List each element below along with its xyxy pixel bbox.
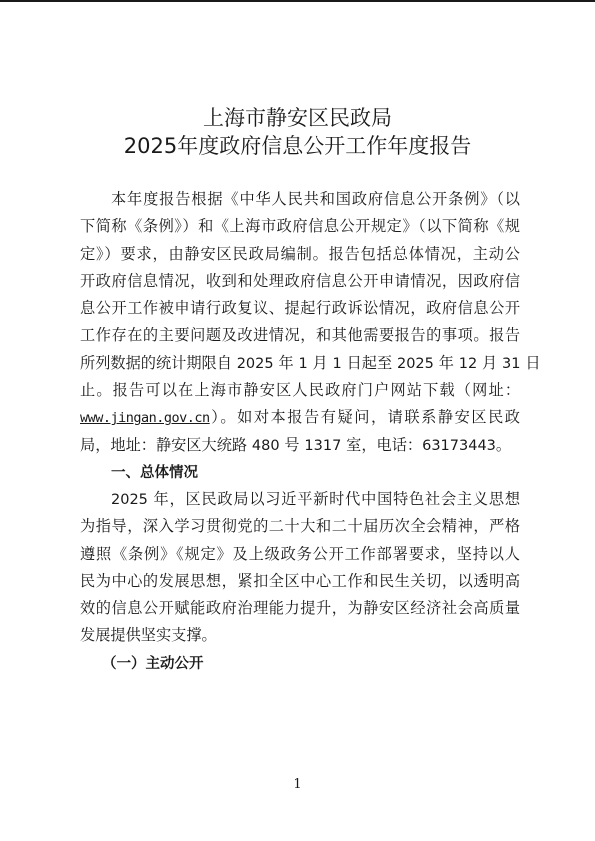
end-year: 2025 [397, 356, 434, 372]
top-border-line [0, 0, 595, 2]
year-label: 年 [439, 354, 454, 372]
end-day: 31 [502, 356, 520, 372]
end-month: 12 [459, 356, 477, 372]
report-title: 2025年度政府信息公开工作年度报告 [0, 132, 595, 160]
intro-line: 息公开工作被申请行政复议、提起行政诉讼情况，政府信息公开 [80, 295, 520, 322]
intro-line: 工作存在的主要问题及改进情况，和其他需要报告的事项。报告 [80, 322, 520, 349]
download-line: 止。报告可以在上海市静安区人民政府门户网站下载（网址： [80, 377, 520, 404]
start-year: 2025 [237, 356, 274, 372]
page-number: 1 [0, 777, 595, 792]
overview-line: 遵照《条例》《规定》及上级政务公开工作部署要求，坚持以人 [80, 541, 520, 568]
section-heading-text: 一、总体情况 [80, 460, 198, 487]
start-day: 1 [333, 356, 342, 372]
room-number: 1317 [304, 438, 341, 454]
period-prefix: 所列数据的统计期限自 [80, 354, 232, 372]
contact-line: 局，地址：静安区大统路 480 号 1317 室，电话：63173443。 [80, 432, 520, 459]
intro-line: 本年度报告根据《中华人民共和国政府信息公开条例》（以 [80, 186, 520, 213]
overview-line-text: 年，区民政局以习近平新时代中国特色社会主义思想 [154, 490, 521, 508]
subsection-heading-text: （一）主动公开 [80, 651, 204, 678]
start-month: 1 [298, 356, 307, 372]
intro-line: 开政府信息情况，收到和处理政府信息公开申请情况，因政府信 [80, 268, 520, 295]
phone-number: 63173443 [422, 438, 496, 454]
period-mark: 。 [496, 436, 511, 454]
intro-paragraph: 本年度报告根据《中华人民共和国政府信息公开条例》（以 下简称《条例》）和《上海市… [80, 186, 520, 459]
address-prefix: 局，地址：静安区大统路 [80, 436, 247, 454]
street-number: 480 [252, 438, 280, 454]
overview-year: 2025 [111, 492, 148, 508]
overview-line: 2025 年，区民政局以习近平新时代中国特色社会主义思想 [80, 486, 520, 513]
report-title-organization: 上海市静安区民政局 [0, 104, 595, 132]
url-line: www.jingan.gov.cn）。如对本报告有疑问，请联系静安区民政 [80, 404, 520, 431]
overview-line: 发展提供坚实支撑。 [80, 622, 520, 649]
website-link[interactable]: www.jingan.gov.cn [80, 410, 210, 426]
overview-line: 效的信息公开赋能政府治理能力提升，为静安区经济社会高质量 [80, 595, 520, 622]
month-label: 月 [482, 354, 497, 372]
overview-line: 民为中心的发展思想，紧扣全区中心工作和民生关切，以透明高 [80, 568, 520, 595]
room-label: 室，电话： [346, 436, 422, 454]
month-label: 月 [313, 354, 328, 372]
overview-paragraph: 2025 年，区民政局以习近平新时代中国特色社会主义思想 为指导，深入学习贯彻党… [80, 486, 520, 650]
subsection-heading-proactive-disclosure: （一）主动公开 [80, 650, 520, 677]
section-heading-overview: 一、总体情况 [80, 459, 520, 486]
statistics-period-line: 所列数据的统计期限自 2025 年 1 月 1 日起至 2025 年 12 月 … [80, 350, 520, 377]
overview-line: 为指导，深入学习贯彻党的二十大和二十届历次全会精神，严格 [80, 513, 520, 540]
day-label: 日 [525, 354, 540, 372]
url-suffix: ）。如对本报告有疑问，请联系静安区民政 [210, 408, 520, 426]
year-label: 年 [278, 354, 293, 372]
number-label: 号 [284, 436, 299, 454]
day-label: 日起至 [347, 354, 393, 372]
intro-line: 定》）要求，由静安区民政局编制。报告包括总体情况，主动公 [80, 241, 520, 268]
intro-line: 下简称《条例》）和《上海市政府信息公开规定》（以下简称《规 [80, 213, 520, 240]
